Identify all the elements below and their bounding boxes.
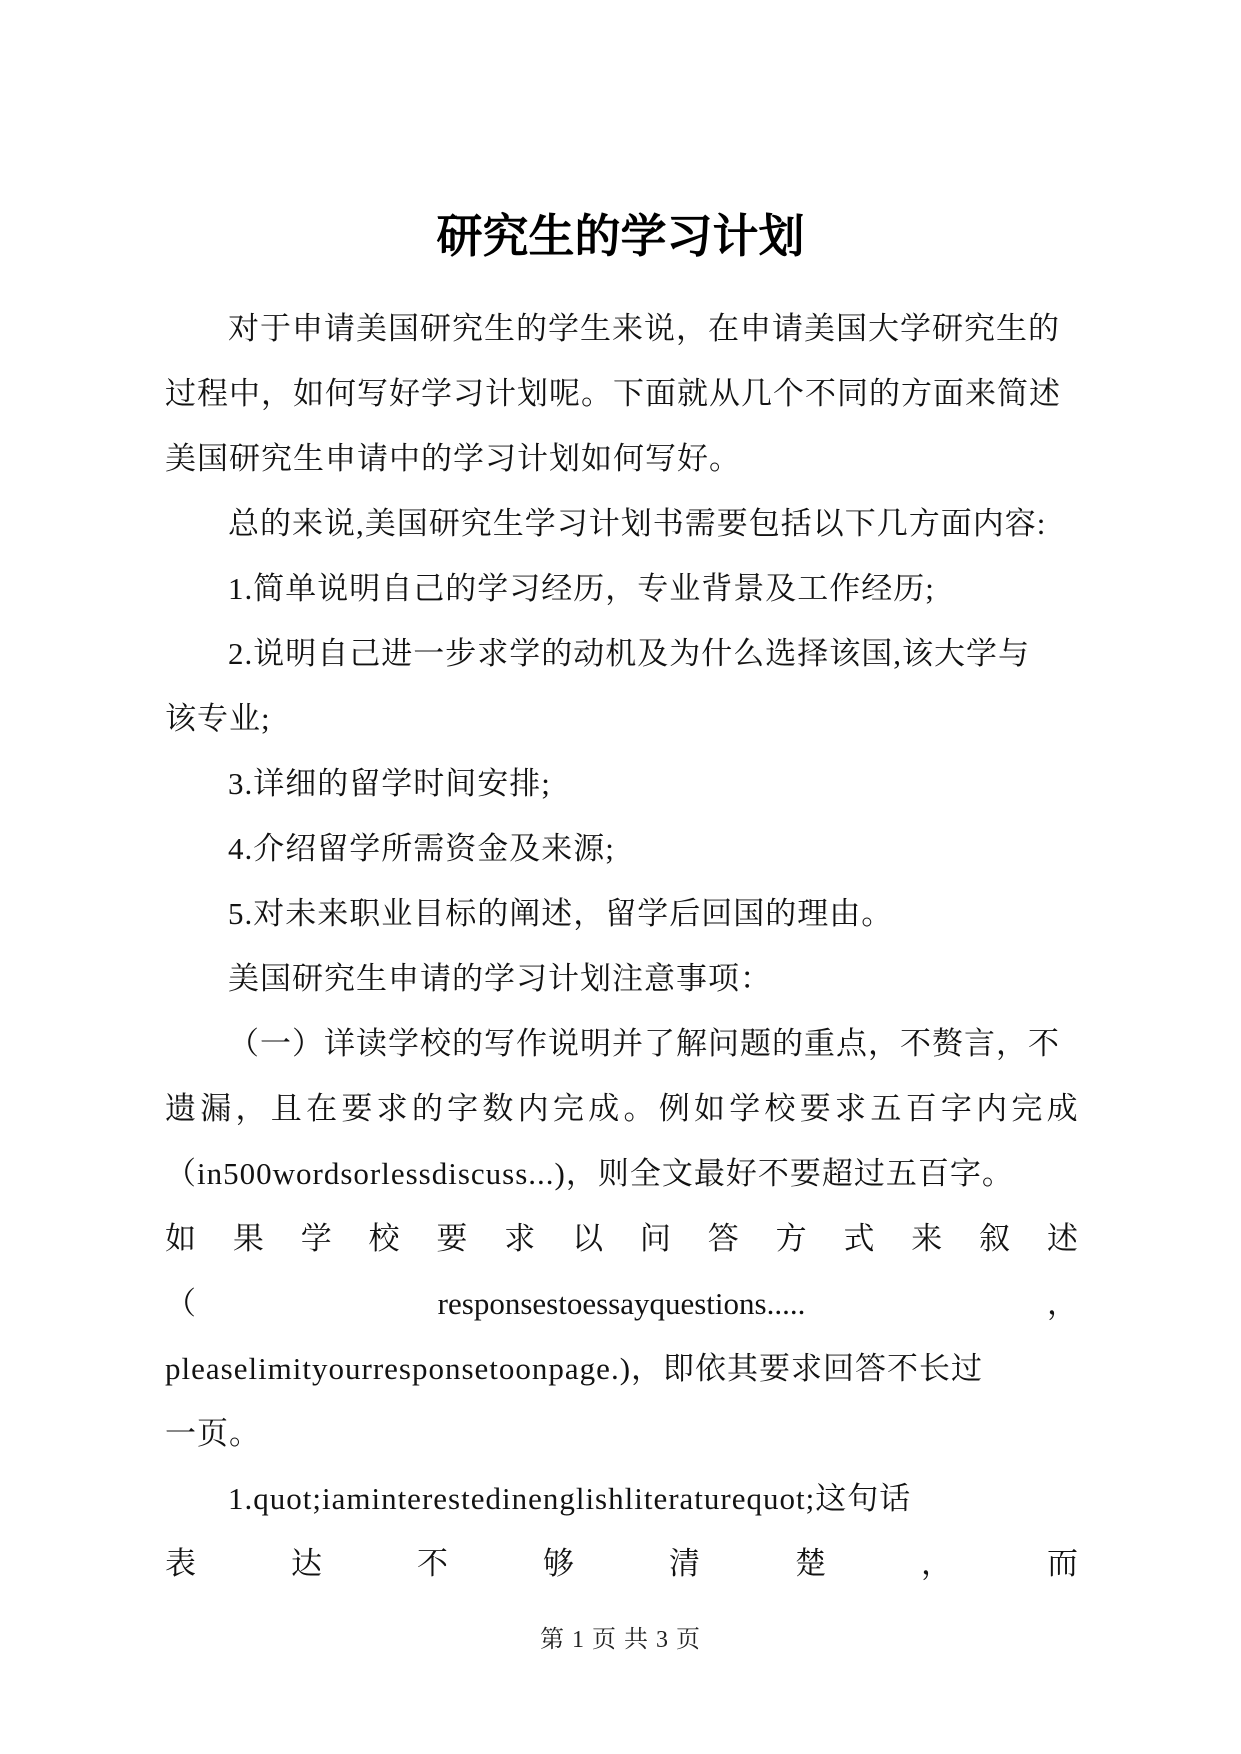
text-line: 该专业; <box>165 686 1078 751</box>
text-line: 过程中，如何写好学习计划呢。下面就从几个不同的方面来简述 <box>165 361 1078 426</box>
text-line: （in500wordsorlessdiscuss...)，则全文最好不要超过五百… <box>165 1141 1078 1206</box>
document-title: 研究生的学习计划 <box>0 0 1241 260</box>
text-line: 遗漏，且在要求的字数内完成。例如学校要求五百字内完成 <box>165 1076 1078 1141</box>
document-body: 对于申请美国研究生的学生来说，在申请美国大学研究生的 过程中，如何写好学习计划呢… <box>165 296 1078 1596</box>
text-token: responsestoessayquestions..... <box>438 1271 806 1336</box>
text-token: ， <box>1047 1271 1078 1336</box>
text-line: 一页。 <box>165 1401 1078 1466</box>
text-line: 如果学校要求以问答方式来叙述 <box>165 1206 1078 1271</box>
list-item: 1.quot;iaminterestedinenglishliteratureq… <box>165 1466 1078 1531</box>
text-line: 对于申请美国研究生的学生来说，在申请美国大学研究生的 <box>165 296 1078 361</box>
text-line: pleaselimityourresponsetoonpage.)，即依其要求回… <box>165 1336 1078 1401</box>
document-page: 研究生的学习计划 对于申请美国研究生的学生来说，在申请美国大学研究生的 过程中，… <box>0 0 1241 1754</box>
list-item: 4.介绍留学所需资金及来源; <box>165 816 1078 881</box>
list-item: 3.详细的留学时间安排; <box>165 751 1078 816</box>
text-line: （ responsestoessayquestions..... ， <box>165 1271 1078 1336</box>
text-line: 表达不够清楚，而 <box>165 1531 1078 1596</box>
text-line: （一）详读学校的写作说明并了解问题的重点，不赘言，不 <box>165 1011 1078 1076</box>
text-line: 总的来说,美国研究生学习计划书需要包括以下几方面内容: <box>165 491 1078 556</box>
text-token: （ <box>165 1271 196 1336</box>
list-item: 1.简单说明自己的学习经历，专业背景及工作经历; <box>165 556 1078 621</box>
text-line: 美国研究生申请中的学习计划如何写好。 <box>165 426 1078 491</box>
list-item: 5.对未来职业目标的阐述，留学后回国的理由。 <box>165 881 1078 946</box>
text-line: 美国研究生申请的学习计划注意事项： <box>165 946 1078 1011</box>
page-footer: 第 1 页 共 3 页 <box>0 1625 1241 1655</box>
page-number: 第 1 页 共 3 页 <box>540 1627 701 1653</box>
list-item: 2.说明自己进一步求学的动机及为什么选择该国,该大学与 <box>165 621 1078 686</box>
